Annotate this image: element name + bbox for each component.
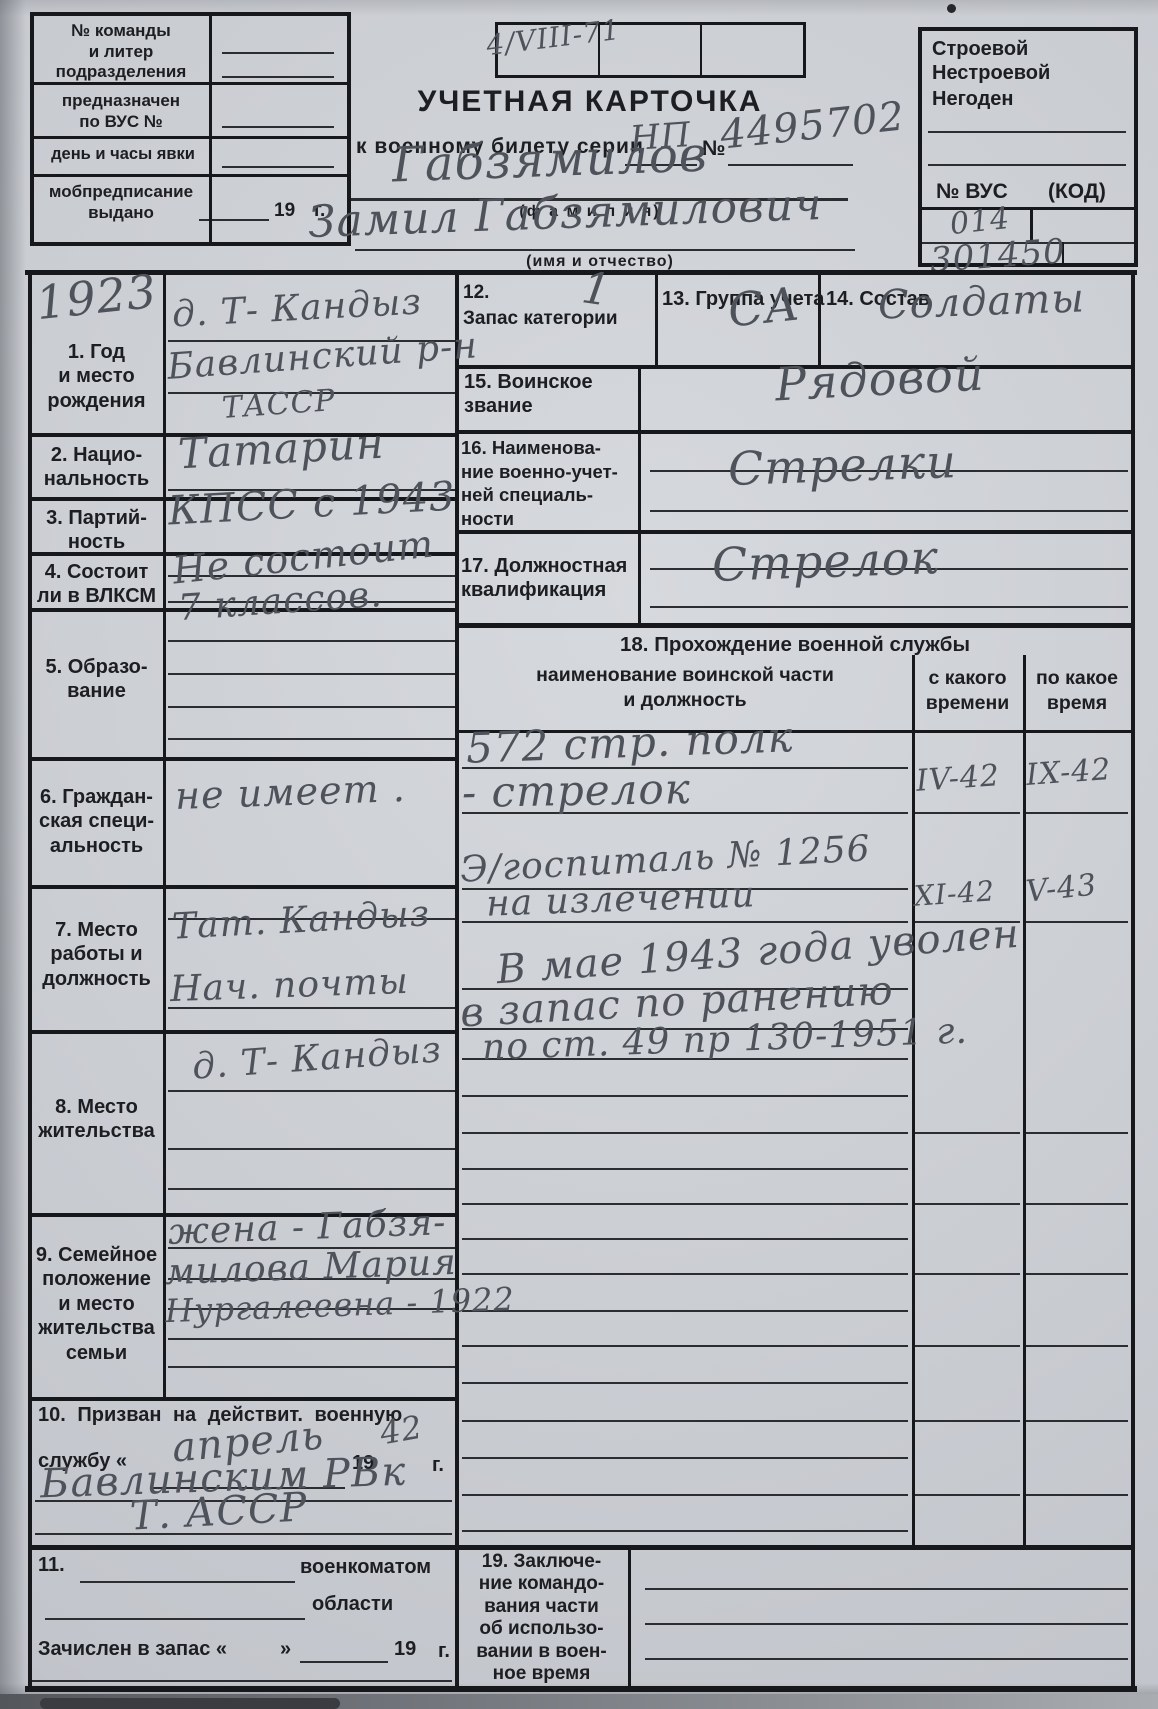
rule-line xyxy=(915,1203,1020,1205)
rule-line xyxy=(462,1345,908,1347)
cell-divider xyxy=(638,365,641,623)
fitness-option-nestroyevoy: Нестроевой xyxy=(932,61,1050,85)
card-border-right xyxy=(1131,270,1135,1690)
row-boundary xyxy=(28,1397,459,1401)
rule-line xyxy=(1026,1203,1128,1205)
table-header-unit: наименование воинской части и должность xyxy=(462,663,908,714)
field-15-label: 15. Воинское звание xyxy=(464,370,634,419)
birth-year-handwriting: 1923 xyxy=(34,268,159,326)
field-16-value: Стрелки xyxy=(727,438,957,492)
field-7-label: 7. Место работы и должность xyxy=(30,918,163,991)
scan-speck xyxy=(947,4,956,13)
service-row1-unit-line2: - стрелок xyxy=(462,768,691,814)
table-header-to: по какое время xyxy=(1023,666,1131,717)
field-3-label: 3. Партий- ность xyxy=(30,506,163,555)
rule-line xyxy=(300,1661,388,1663)
rule-line xyxy=(355,249,855,251)
rule-line xyxy=(462,1420,908,1422)
field-17-value: Стрелок xyxy=(711,534,939,588)
rule-line xyxy=(462,1457,908,1459)
rule-line xyxy=(462,1168,908,1170)
rule-line xyxy=(168,1188,455,1190)
service-row1-unit-line1: 572 стр. полк xyxy=(465,716,794,769)
field-2-label: 2. Нацио- нальность xyxy=(30,443,163,492)
fitness-option-stroyevoy: Строевой xyxy=(932,37,1028,61)
field-11-quote-close: » xyxy=(280,1637,291,1661)
rule-line xyxy=(34,174,347,177)
field-17-label: 17. Должностная квалификация xyxy=(461,554,637,603)
rule-line xyxy=(168,1366,455,1368)
field-11-reserve-label: Зачислен в запас « xyxy=(38,1637,227,1661)
field-1-value-line3: ТАССР xyxy=(221,386,337,424)
field-7-value-line2: Нач. почты xyxy=(169,964,409,1008)
rule-line xyxy=(462,1494,908,1496)
rule-line xyxy=(80,1581,295,1583)
rule-line xyxy=(45,1618,305,1620)
rule-line xyxy=(928,131,1126,133)
rule-line xyxy=(462,1530,908,1532)
field-13-value: СА xyxy=(726,280,802,333)
date-column-divider xyxy=(1023,655,1026,1545)
row-boundary xyxy=(28,1545,1135,1550)
field-11-oblast-label: области xyxy=(312,1592,393,1616)
field-16-label: 16. Наименова- ние военно-учет- ней спец… xyxy=(461,436,637,531)
table-header-from: с какого времени xyxy=(912,666,1023,717)
field-1-label: 1. Год и место рождения xyxy=(30,340,163,413)
rule-line xyxy=(222,52,334,54)
card-center-divider xyxy=(455,270,459,1690)
scan-bottom-shadow xyxy=(40,1698,340,1709)
registration-card-scan: № команды и литер подразделения предназн… xyxy=(0,0,1158,1709)
field-2-value: Татарин xyxy=(177,423,385,476)
field-6-value: не имеет . xyxy=(174,769,406,815)
field-19-label: 19. Заключе- ние командо- вания части об… xyxy=(455,1551,628,1685)
rule-line xyxy=(645,1623,1128,1625)
rule-line xyxy=(915,812,1020,814)
field-1-value-line1: д. Т- Кандыз xyxy=(171,284,423,333)
command-box: № команды и литер подразделения предназн… xyxy=(30,12,351,246)
field-4-label: 4. Состоит ли в ВЛКСМ xyxy=(30,560,163,609)
rule-line xyxy=(168,640,455,642)
field-8-label: 8. Место жительства xyxy=(30,1095,163,1144)
fitness-box: Строевой Нестроевой Негоден № ВУС (КОД) … xyxy=(918,27,1138,267)
rule-line xyxy=(645,1658,1128,1660)
rule-line xyxy=(1026,1420,1128,1422)
cell-divider xyxy=(818,272,821,365)
rule-line xyxy=(462,1382,908,1384)
rule-line xyxy=(462,1095,908,1097)
rule-line xyxy=(168,706,455,708)
cell-divider xyxy=(628,1545,631,1686)
cell-divider xyxy=(655,272,658,365)
card-border-bottom xyxy=(25,1686,1137,1692)
field-12-label: 12. Запас категории xyxy=(463,280,653,331)
vus-label: № ВУС xyxy=(936,179,1008,205)
rule-line xyxy=(650,606,1128,608)
row-boundary xyxy=(28,757,459,761)
rule-line xyxy=(915,1494,1020,1496)
field-10-year-handwriting: 42 xyxy=(378,1411,426,1450)
rule-line xyxy=(1026,1494,1128,1496)
field-11-year-suffix: г. xyxy=(438,1639,450,1663)
rule-line xyxy=(1026,1273,1128,1275)
field-9-label: 9. Семейное положение и место жительства… xyxy=(30,1243,163,1365)
rule-line xyxy=(462,1238,908,1240)
rule-line xyxy=(1026,812,1128,814)
field-12-value: 1 xyxy=(579,266,614,314)
field-9-value-line3: Нургалеевна - 1922 xyxy=(165,1283,516,1327)
rule-line xyxy=(222,166,334,168)
field-1-value-line2: Бавлинский р-н xyxy=(166,328,479,386)
command-box-row4-label: мобпредписание выдано xyxy=(36,182,206,223)
rule-line xyxy=(645,1588,1128,1590)
field-15-value: Рядовой xyxy=(774,351,985,408)
command-box-row1-label: № команды и литер подразделения xyxy=(36,21,206,83)
rule-line xyxy=(650,510,1128,512)
rule-line xyxy=(168,673,455,675)
row-boundary xyxy=(455,430,1135,434)
service-row2-to: V-43 xyxy=(1025,870,1099,907)
row-boundary xyxy=(28,885,459,889)
field-7-value-line1: Тат. Кандыз xyxy=(171,896,431,945)
command-box-year: 19 xyxy=(274,199,295,222)
rule-line xyxy=(222,126,334,128)
fitness-option-negoden: Негоден xyxy=(932,87,1013,111)
fullname-handwriting: Замил Габзямилович xyxy=(307,183,823,245)
rule-line xyxy=(1026,921,1128,923)
rule-line xyxy=(34,136,347,139)
rule-line xyxy=(1026,1132,1128,1134)
command-box-divider xyxy=(209,16,212,242)
rule-line xyxy=(915,1420,1020,1422)
rule-line xyxy=(168,1148,455,1150)
command-box-row3-label: день и часы явки xyxy=(34,144,212,164)
service-row2-from: XI-42 xyxy=(913,877,996,911)
field-8-value: д. Т- Кандыз xyxy=(191,1032,443,1085)
field-18-title: 18. Прохождение военной службы xyxy=(455,632,1135,657)
rule-line xyxy=(168,738,455,740)
field-5-label: 5. Образо- вание xyxy=(30,655,163,704)
vus-kod-label: (КОД) xyxy=(1048,179,1106,205)
rule-line xyxy=(915,1273,1020,1275)
rule-line xyxy=(915,1132,1020,1134)
surname-handwriting: Габзямилов xyxy=(391,131,708,190)
service-row1-from: IV-42 xyxy=(915,761,1001,797)
rule-line xyxy=(222,76,334,78)
field-10-region-handwriting: Т. АССР xyxy=(129,1487,308,1536)
rule-line xyxy=(462,1132,908,1134)
field-11-number: 11. xyxy=(38,1553,65,1577)
rule-line xyxy=(1026,1345,1128,1347)
row-boundary xyxy=(455,623,1135,628)
field-14-value: Солдаты xyxy=(877,278,1085,325)
rule-line xyxy=(168,1090,455,1092)
rule-line xyxy=(462,1273,908,1275)
command-box-row2-label: предназначен по ВУС № xyxy=(36,91,206,132)
rule-line xyxy=(462,1203,908,1205)
label-column-divider xyxy=(163,272,166,1397)
rule-line xyxy=(462,1310,908,1312)
field-11-year: 19 xyxy=(394,1637,416,1661)
service-row1-to: IX-42 xyxy=(1025,755,1112,791)
field-10-year-suffix: г. xyxy=(432,1453,444,1477)
rule-line xyxy=(728,164,853,166)
date-column-divider xyxy=(912,655,915,1545)
service-row2-unit-line2: на излечении xyxy=(485,877,756,922)
rule-line xyxy=(915,1345,1020,1347)
rule-line xyxy=(168,1338,455,1340)
stamp-box-divider xyxy=(700,25,702,75)
rule-line xyxy=(32,1680,452,1682)
rule-line xyxy=(928,164,1126,166)
field-11-voenkomat-label: военкоматом xyxy=(300,1555,431,1579)
field-6-label: 6. Граждан- ская специ- альность xyxy=(30,785,163,858)
